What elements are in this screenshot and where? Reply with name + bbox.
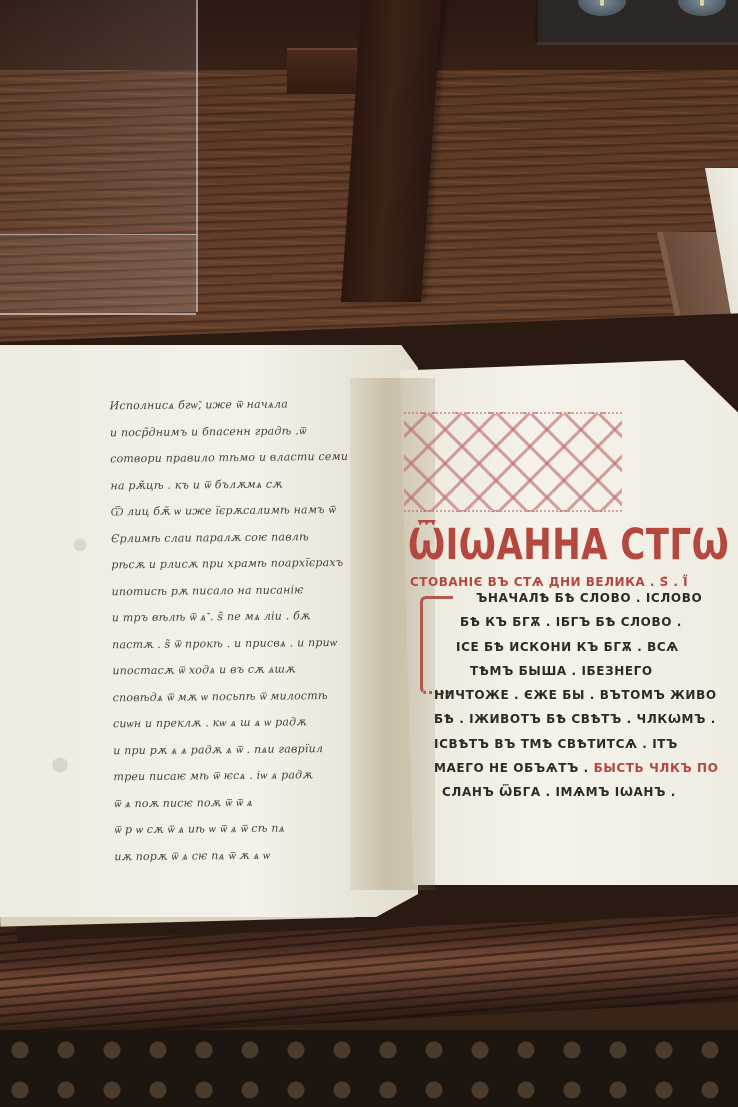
page-title: ѾІѠАННА СТГѠ ЄУГЛІѦ — [408, 520, 738, 570]
text-line: МАЕГО НЕ ОБЪѦТЪ . БЫСТЬ ЧЛКЪ ПО — [412, 756, 718, 780]
text-line: и тръ вѣлѣ ѿ ѧ̃ . ѕ̃ пе мѧ ліи . бѫ — [112, 603, 362, 632]
carpet — [0, 1030, 738, 1107]
text-line: СЛАНЪ ѾБГА . ІМѦМЪ ІѠАНЪ . — [412, 780, 718, 804]
text-line: и поср̃днимъ и бпасенн градѣ .ѿ — [110, 417, 360, 446]
handwritten-text: Исполнисѧ бгѡ̃, иже ѿ начѧла и поср̃дним… — [110, 391, 365, 871]
text-line: ІСЕ БѢ ИСКОНИ КЪ БГѪ . ВСѦ — [412, 635, 718, 659]
text-line: ІСВѢТЪ ВЪ ТМѢ СВѢТИТСѦ . ІТЪ — [412, 732, 718, 756]
text-line: на рѫ̃цѣ . къ и ѿ бълѫмѧ сѫ — [110, 470, 360, 499]
text-line: ипотисѣ рѫ писало на писаніѥ — [111, 576, 361, 605]
wood-bracket — [287, 48, 357, 94]
text-line: НИЧТОЖЕ . ЄЖЕ БЫ . ВЪТОМЪ ЖИВО — [412, 683, 718, 707]
text-line: ЪНАЧАЛѢ БѢ СЛОВО . ІСЛОВО — [412, 586, 718, 610]
text-line: ТѢМЪ БЫША . ІБЕЗНЕГО — [412, 659, 718, 683]
text-line: сиѡн и преклѫ . кѡ ѧ ш ѧ ѡ радѫ — [113, 709, 363, 738]
interlace-ornament-icon — [404, 412, 622, 512]
acrylic-stand-base — [0, 234, 196, 315]
text-line: ѿ ѧ поѫ писѥ поѫ ѿ ѿ ѧ — [114, 788, 364, 817]
text-line: рѣсѫ и рлисѫ при храмѣ поархїєрахъ — [111, 550, 361, 579]
printed-text: ЪНАЧАЛѢ БѢ СЛОВО . ІСЛОВО БѢ КЪ БГѪ . ІБ… — [412, 586, 718, 805]
text-line: сотвори правило тѣмо и власти семи — [110, 444, 360, 473]
text-line: ѿ р ѡ сѫ ѿ ѧ иѣ ѡ ѿ ѧ ѿ сѣ пѧ — [114, 815, 364, 844]
text-line: БѢ . ІЖИВОТЪ БѢ СВѢТЪ . ЧЛКѠМЪ . — [412, 707, 718, 731]
text-line: пастѫ . ѕ̃ ѿ прокѣ . и присвѧ . и приѡ — [112, 629, 362, 658]
text-line: Ѿ лиц бѫ̃ ѡ иже їєрѫсалимѣ намъ ѿ — [111, 497, 361, 526]
text-line: треи писаѥ мѣ ѿ ѥсѧ . іѡ ѧ радѫ — [113, 762, 363, 791]
text-line: ипостасѫ ѿ ходѧ и въ сѫ ѧшѫ — [112, 656, 362, 685]
text-line: Єрлимѣ слаи паралѫ соѥ павлѣ — [111, 523, 361, 552]
outlet-socket-icon — [678, 0, 726, 16]
text-line: сповѣдѧ ѿ мѫ ѡ посьпѣ ѿ милостѣ — [113, 682, 363, 711]
text-line: БѢ КЪ БГѪ . ІБГЪ БѢ СЛОВО . — [412, 610, 718, 634]
text-line: Исполнисѧ бгѡ̃, иже ѿ начѧла — [110, 391, 360, 420]
text-line: и при рѫ ѧ ѧ радѫ ѧ ѿ . пѧи гаврїил — [113, 735, 363, 764]
power-outlet-panel — [535, 0, 738, 45]
manuscript-photo: Исполнисѧ бгѡ̃, иже ѿ начѧла и поср̃дним… — [0, 0, 738, 1107]
outlet-socket-icon — [578, 0, 626, 16]
text-line: иѫ порѫ ѿ ѧ сѥ пѧ ѿ ѫ ѧ ѡ — [114, 841, 364, 870]
